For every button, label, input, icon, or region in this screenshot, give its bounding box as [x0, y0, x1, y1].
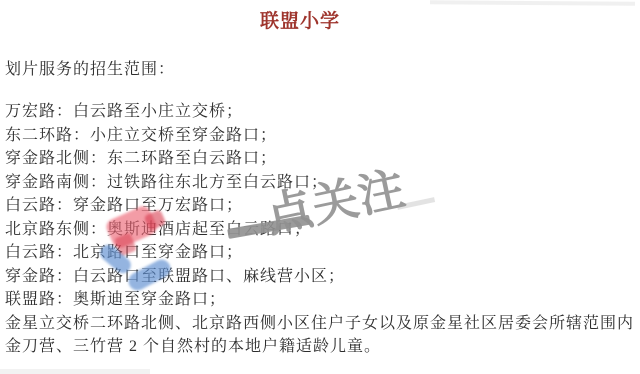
document-page: 联盟小学 划片服务的招生范围： 万宏路：白云路至小庄立交桥； 东二环路：小庄立交… [0, 0, 640, 374]
intro-line: 划片服务的招生范围： [0, 58, 640, 81]
range-item: 东二环路：小庄立交桥至穿金路口； [5, 124, 636, 148]
range-item: 北京路东侧：奥斯迪酒店起至白云路口； [5, 218, 636, 242]
range-item: 穿金路南侧：过铁路往东北方至白云路口； [5, 171, 636, 195]
range-item: 万宏路：白云路至小庄立交桥； [5, 100, 636, 124]
range-item: 白云路：穿金路口至万宏路口； [5, 194, 636, 218]
range-list: 万宏路：白云路至小庄立交桥； 东二环路：小庄立交桥至穿金路口； 穿金路北侧：东二… [0, 100, 640, 312]
closing-paragraph: 金星立交桥二环路北侧、北京路西侧小区住户子女以及原金星社区居委会所辖范围内金刀营… [0, 312, 640, 359]
range-item: 穿金路北侧：东二环路至白云路口； [5, 147, 636, 171]
range-item: 联盟路：奥斯迪至穿金路口； [5, 288, 636, 312]
range-item: 穿金路：白云路口至联盟路口、麻线营小区； [5, 265, 636, 289]
scan-artifact-bottom [0, 369, 150, 374]
range-item: 白云路：北京路口至穿金路口； [5, 241, 636, 265]
